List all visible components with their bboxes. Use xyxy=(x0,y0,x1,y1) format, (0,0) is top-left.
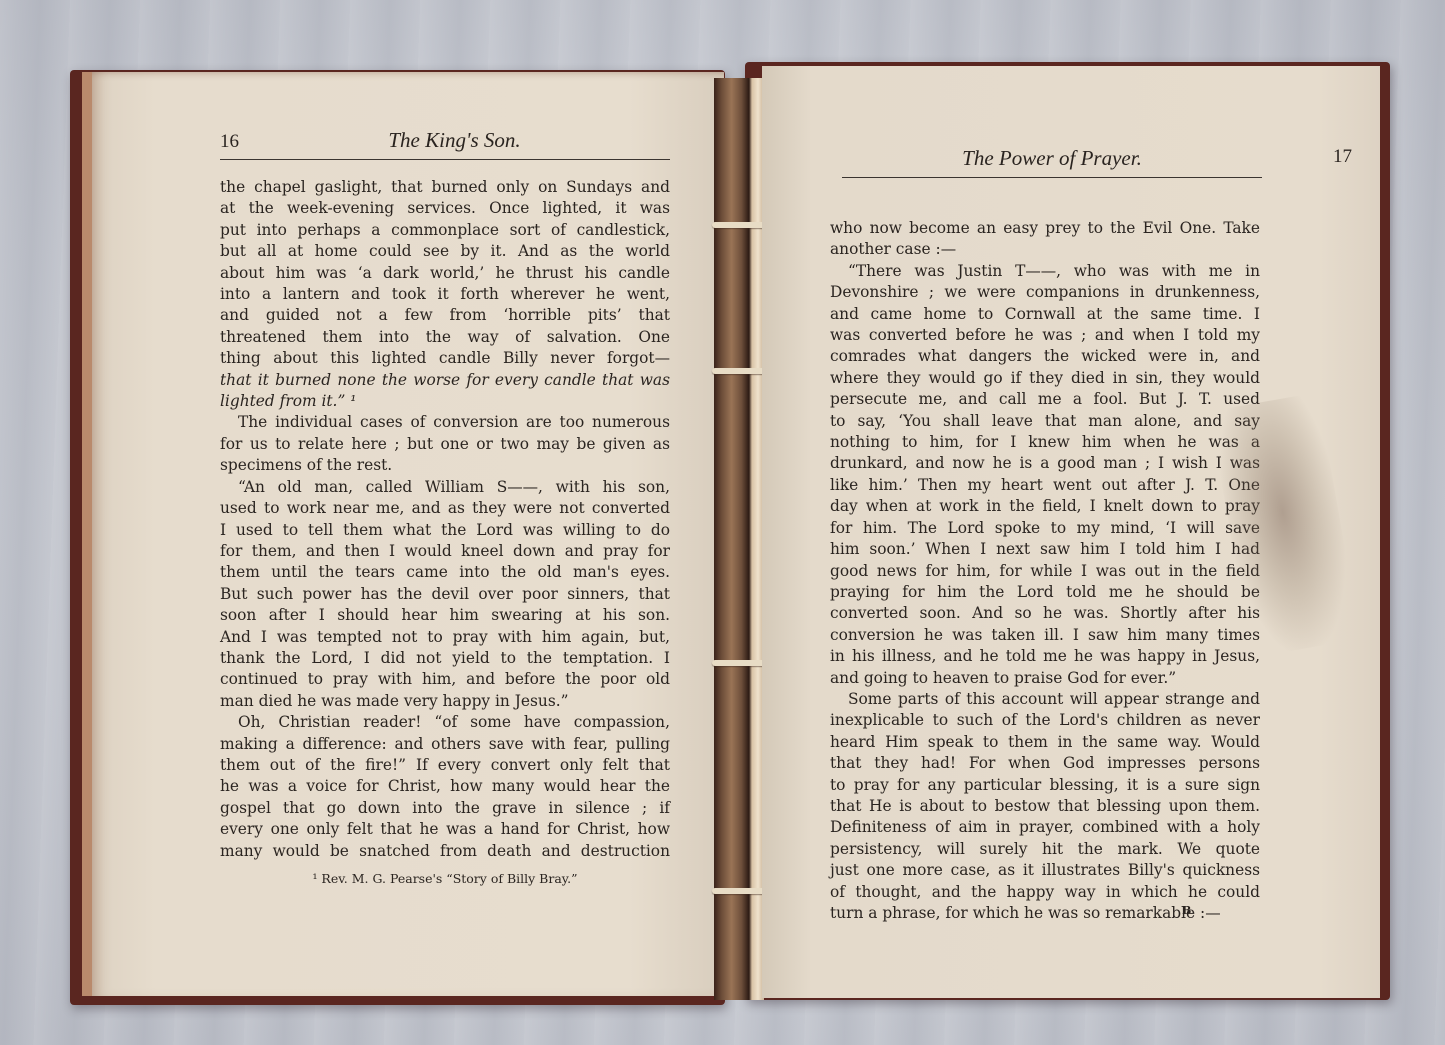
text-line: The individual cases of conversion are t… xyxy=(220,412,670,433)
text-line: turn a phrase, for which he was so remar… xyxy=(830,903,1260,924)
text-line: and came home to Cornwall at the same ti… xyxy=(830,304,1260,325)
text-line: good news for him, for while I was out i… xyxy=(830,561,1260,582)
text-line: the chapel gaslight, that burned only on… xyxy=(220,177,670,198)
text-line: he was a voice for Christ, how many woul… xyxy=(220,776,670,797)
text-line: threatened them into the way of salvatio… xyxy=(220,327,670,348)
text-line: “An old man, called William S——, with hi… xyxy=(220,477,670,498)
text-line: that He is about to bestow that blessing… xyxy=(830,796,1260,817)
text-line: drunkard, and now he is a good man ; I w… xyxy=(830,453,1260,474)
text-line: comrades what dangers the wicked were in… xyxy=(830,346,1260,367)
text-line: praying for him the Lord told me he shou… xyxy=(830,582,1260,603)
running-title: The Power of Prayer. xyxy=(842,146,1262,171)
text-line: another case :— xyxy=(830,239,1260,260)
running-title: The King's Son. xyxy=(239,128,670,153)
right-page-body: who now become an easy prey to the Evil … xyxy=(830,218,1260,924)
text-line: them out of the fire!” If every convert … xyxy=(220,755,670,776)
text-line: where they would go if they died in sin,… xyxy=(830,368,1260,389)
text-line: every one only felt that he was a hand f… xyxy=(220,819,670,840)
text-line: about him was ‘a dark world,’ he thrust … xyxy=(220,263,670,284)
book-spine-gutter xyxy=(714,78,764,1000)
text-line: making a difference: and others save wit… xyxy=(220,734,670,755)
binding-thread xyxy=(712,222,766,228)
text-line: persecute me, and call me a fool. But J.… xyxy=(830,389,1260,410)
text-line: conversion he was taken ill. I saw him m… xyxy=(830,625,1260,646)
text-line: And I was tempted not to pray with him a… xyxy=(220,627,670,648)
text-line: “There was Justin T——, who was with me i… xyxy=(830,261,1260,282)
text-line: that it burned none the worse for every … xyxy=(220,370,670,391)
binding-thread xyxy=(712,888,766,894)
text-line: them until the tears came into the old m… xyxy=(220,562,670,583)
text-line: inexplicable to such of the Lord's child… xyxy=(830,710,1260,731)
page-number: 16 xyxy=(220,131,239,153)
text-line: thank the Lord, I did not yield to the t… xyxy=(220,648,670,669)
text-line: specimens of the rest. xyxy=(220,455,670,476)
left-page: 16 The King's Son. the chapel gaslight, … xyxy=(82,72,724,996)
footnote: ¹ Rev. M. G. Pearse's “Story of Billy Br… xyxy=(220,868,670,889)
text-line: Devonshire ; we were companions in drunk… xyxy=(830,282,1260,303)
signature-mark: B xyxy=(1182,904,1191,917)
text-line: nothing to him, for I knew him when he w… xyxy=(830,432,1260,453)
text-line: who now become an easy prey to the Evil … xyxy=(830,218,1260,239)
left-page-body: the chapel gaslight, that burned only on… xyxy=(220,177,670,889)
text-line: continued to pray with him, and before t… xyxy=(220,669,670,690)
text-line: was converted before he was ; and when I… xyxy=(830,325,1260,346)
text-line: and going to heaven to praise God for ev… xyxy=(830,668,1260,689)
text-line: that they had! For when God impresses pe… xyxy=(830,753,1260,774)
text-line: thing about this lighted candle Billy ne… xyxy=(220,348,670,369)
text-line: just one more case, as it illustrates Bi… xyxy=(830,860,1260,881)
text-line: of thought, and the happy way in which h… xyxy=(830,882,1260,903)
text-line: Definiteness of aim in prayer, combined … xyxy=(830,817,1260,838)
text-line: to pray for any particular blessing, it … xyxy=(830,775,1260,796)
text-line: day when at work in the field, I knelt d… xyxy=(830,496,1260,517)
text-line: put into perhaps a commonplace sort of c… xyxy=(220,220,670,241)
text-line: man died he was made very happy in Jesus… xyxy=(220,691,670,712)
text-line: for them, and then I would kneel down an… xyxy=(220,541,670,562)
text-line: gospel that go down into the grave in si… xyxy=(220,798,670,819)
text-line: used to work near me, and as they were n… xyxy=(220,498,670,519)
text-line: converted soon. And so he was. Shortly a… xyxy=(830,603,1260,624)
right-page: The Power of Prayer. 17 who now become a… xyxy=(762,66,1380,998)
text-line: at the week-evening services. Once light… xyxy=(220,198,670,219)
right-page-header: The Power of Prayer. 17 xyxy=(842,146,1262,178)
text-line: but all at home could see by it. And as … xyxy=(220,241,670,262)
text-line: Some parts of this account will appear s… xyxy=(830,689,1260,710)
text-line: persistency, will surely hit the mark. W… xyxy=(830,839,1260,860)
text-line: him soon.’ When I next saw him I told hi… xyxy=(830,539,1260,560)
text-line: like him.’ Then my heart went out after … xyxy=(830,475,1260,496)
left-page-header: 16 The King's Son. xyxy=(220,128,670,160)
text-line: in his illness, and he told me he was ha… xyxy=(830,646,1260,667)
text-line: for us to relate here ; but one or two m… xyxy=(220,434,670,455)
page-number: 17 xyxy=(1333,146,1352,168)
text-line: lighted from it.” ¹ xyxy=(220,391,670,412)
text-line: into a lantern and took it forth whereve… xyxy=(220,284,670,305)
text-line: for him. The Lord spoke to my mind, ‘I w… xyxy=(830,518,1260,539)
text-line: heard Him speak to them in the same way.… xyxy=(830,732,1260,753)
text-line: Oh, Christian reader! “of some have comp… xyxy=(220,712,670,733)
text-line: many would be snatched from death and de… xyxy=(220,841,670,862)
text-line: But such power has the devil over poor s… xyxy=(220,584,670,605)
text-line: I used to tell them what the Lord was wi… xyxy=(220,520,670,541)
binding-thread xyxy=(712,660,766,666)
binding-thread xyxy=(712,368,766,374)
text-line: to say, ‘You shall leave that man alone,… xyxy=(830,411,1260,432)
text-line: and guided not a few from ‘horrible pits… xyxy=(220,305,670,326)
text-line: soon after I should hear him swearing at… xyxy=(220,605,670,626)
